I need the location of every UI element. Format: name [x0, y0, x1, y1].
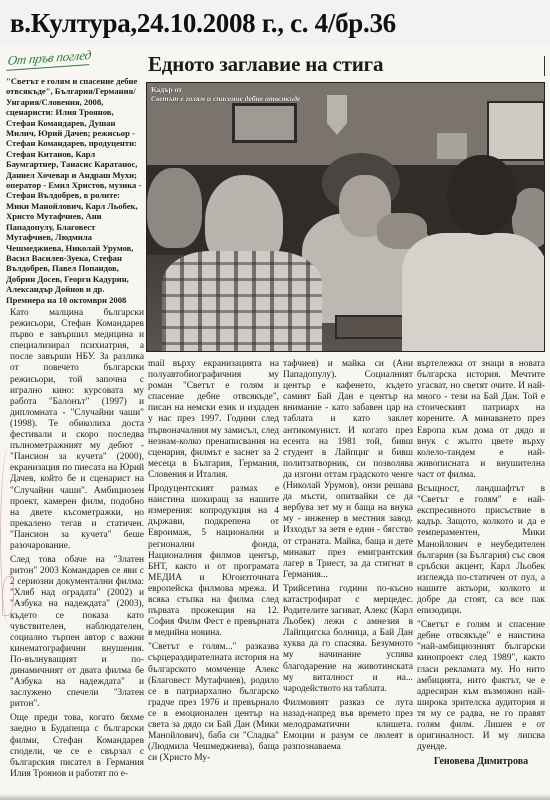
photo-figure-right-body [402, 233, 545, 352]
clipping-source-header: в.Култура,24.10.2008 г., с. 4/бр.36 [0, 0, 550, 46]
column-rule [544, 56, 545, 76]
paragraph: "Светът е голям и спасение дебне отвсякъ… [417, 620, 545, 753]
author-signature: Геновева Димитрова [417, 756, 545, 767]
photo-caption: Кадър от Светът е голям и спасение дебне… [151, 85, 300, 103]
page-bottom-shadow [0, 794, 550, 800]
photo-caption-line2: Светът е голям и спасение дебне отвсякъд… [151, 94, 300, 103]
article-column-1: Като малцина български режисьори, Стефан… [10, 308, 144, 783]
photo-figure-left [147, 168, 202, 248]
paragraph: mail върху екранизацията на полуавтобиог… [148, 359, 279, 481]
section-rubric: От пръв поглед [6, 47, 92, 71]
article-column-4: въртележка от знаци в новата българска и… [417, 359, 545, 767]
paragraph: Продуцентският размах е наистина шокиращ… [148, 484, 279, 639]
paragraph: Трийсетина години по-късно катастрофират… [283, 584, 413, 695]
paragraph: Още преди това, когато бяхме заедно в Бу… [10, 713, 144, 780]
paragraph: въртележка от знаци в новата българска и… [417, 359, 545, 481]
article-column-2: mail върху екранизацията на полуавтобиог… [148, 359, 279, 767]
paragraph: Филмовият разказ се лута назад-напред въ… [283, 698, 413, 753]
pink-margin-scribble [2, 576, 14, 616]
photo-wall-frame-right [487, 101, 545, 161]
article-headline: Едното заглавие на стига [148, 52, 383, 77]
photo-plaid-shirt [162, 251, 322, 352]
paragraph: тафчиев) и майка си (Ани Пападопулу). Со… [283, 359, 413, 581]
film-still-photo: Кадър от Светът е голям и спасение дебне… [146, 82, 545, 352]
premiere-date: Премиера на 10 октомври 2008 [6, 295, 144, 305]
film-credits: "Светът е голям и спасение дебне отвсякъ… [6, 76, 144, 305]
newspaper-clipping: От пръв поглед Едното заглавие на стига … [0, 46, 550, 800]
photo-backgammon-board [335, 315, 405, 339]
paragraph: "Светът е голям..." разказва сърцераздир… [148, 642, 279, 764]
credits-text: "Светът е голям и спасение дебне отвсякъ… [6, 76, 141, 294]
photo-figure-right-head [447, 155, 517, 235]
photo-poster [437, 133, 467, 159]
photo-caption-line1: Кадър от [151, 85, 300, 94]
article-column-3: тафчиев) и майка си (Ани Пападопулу). Со… [283, 359, 413, 756]
paragraph: Като малцина български режисьори, Стефан… [10, 308, 144, 552]
photo-wall-frame [232, 103, 297, 143]
paragraph: След това обаче на "Златен ритон" 2003 К… [10, 555, 144, 710]
paragraph: Всъщност, ландшафтът в "Светът е голям" … [417, 484, 545, 617]
